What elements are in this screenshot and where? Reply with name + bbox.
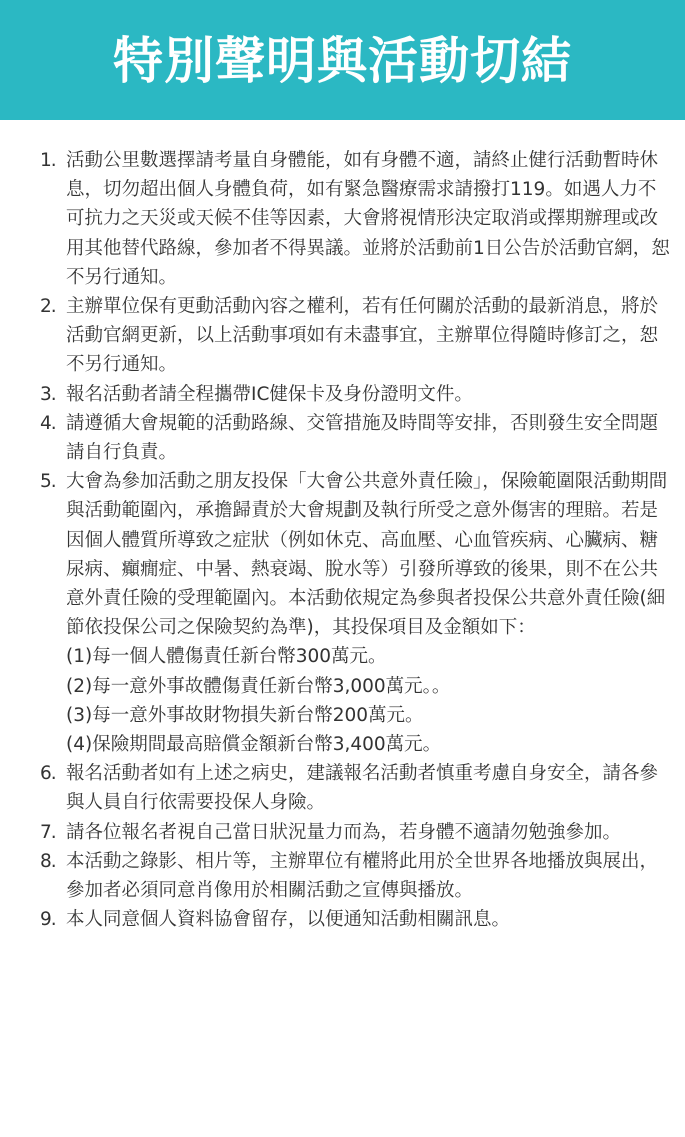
item-text: 請各位報名者視自己當日狀況量力而為，若身體不適請勿勉強參加。 xyxy=(66,818,670,847)
list-item: 2. 主辦單位保有更動活動內容之權利，若有任何關於活動的最新消息，將於活動官網更… xyxy=(40,292,670,380)
item-number: 2. xyxy=(40,292,66,321)
list-item: 6. 報名活動者如有上述之病史，建議報名活動者慎重考慮自身安全，請各參與人員自行… xyxy=(40,759,670,817)
item-number: 4. xyxy=(40,409,66,438)
item-number: 8. xyxy=(40,847,66,876)
terms-list: 1. 活動公里數選擇請考量自身體能，如有身體不適，請終止健行活動暫時休息，切勿超… xyxy=(40,146,670,934)
list-item: 9. 本人同意個人資料協會留存，以便通知活動相關訊息。 xyxy=(40,905,670,934)
insurance-sub-item: (1)每一個人體傷責任新台幣300萬元。 xyxy=(66,642,670,671)
insurance-sub-item: (2)每一意外事故體傷責任新台幣3,000萬元。。 xyxy=(66,672,670,701)
item-text: 請遵循大會規範的活動路線、交管措施及時間等安排，否則發生安全問題請自行負責。 xyxy=(66,409,670,467)
list-item: 3. 報名活動者請全程攜帶IC健保卡及身份證明文件。 xyxy=(40,380,670,409)
item-number: 3. xyxy=(40,380,66,409)
page-title: 特別聲明與活動切結 xyxy=(113,21,572,93)
item-text: 大會為參加活動之朋友投保「大會公共意外責任險」，保險範圍限活動期間與活動範圍內，… xyxy=(66,467,670,642)
item-number: 1. xyxy=(40,146,66,175)
insurance-sub-item: (4)保險期間最高賠償金額新台幣3,400萬元。 xyxy=(66,730,670,759)
item-number: 6. xyxy=(40,759,66,788)
list-item: 7. 請各位報名者視自己當日狀況量力而為，若身體不適請勿勉強參加。 xyxy=(40,818,670,847)
list-item: 8. 本活動之錄影、相片等，主辦單位有權將此用於全世界各地播放與展出，參加者必須… xyxy=(40,847,670,905)
list-item: 4. 請遵循大會規範的活動路線、交管措施及時間等安排，否則發生安全問題請自行負責… xyxy=(40,409,670,467)
list-item: 1. 活動公里數選擇請考量自身體能，如有身體不適，請終止健行活動暫時休息，切勿超… xyxy=(40,146,670,292)
item-text: 報名活動者如有上述之病史，建議報名活動者慎重考慮自身安全，請各參與人員自行依需要… xyxy=(66,759,670,817)
item-text: 本活動之錄影、相片等，主辦單位有權將此用於全世界各地播放與展出，參加者必須同意肖… xyxy=(66,847,670,905)
item-text: 本人同意個人資料協會留存，以便通知活動相關訊息。 xyxy=(66,905,670,934)
item-number: 7. xyxy=(40,818,66,847)
item-number: 9. xyxy=(40,905,66,934)
insurance-sub-item: (3)每一意外事故財物損失新台幣200萬元。 xyxy=(66,701,670,730)
item-number: 5. xyxy=(40,467,66,496)
item-text: 主辦單位保有更動活動內容之權利，若有任何關於活動的最新消息，將於活動官網更新，以… xyxy=(66,292,670,380)
item-text: 活動公里數選擇請考量自身體能，如有身體不適，請終止健行活動暫時休息，切勿超出個人… xyxy=(66,146,670,292)
item-text: 報名活動者請全程攜帶IC健保卡及身份證明文件。 xyxy=(66,380,670,409)
list-item: 5. 大會為參加活動之朋友投保「大會公共意外責任險」，保險範圍限活動期間與活動範… xyxy=(40,467,670,759)
header-banner: 特別聲明與活動切結 xyxy=(0,0,685,120)
